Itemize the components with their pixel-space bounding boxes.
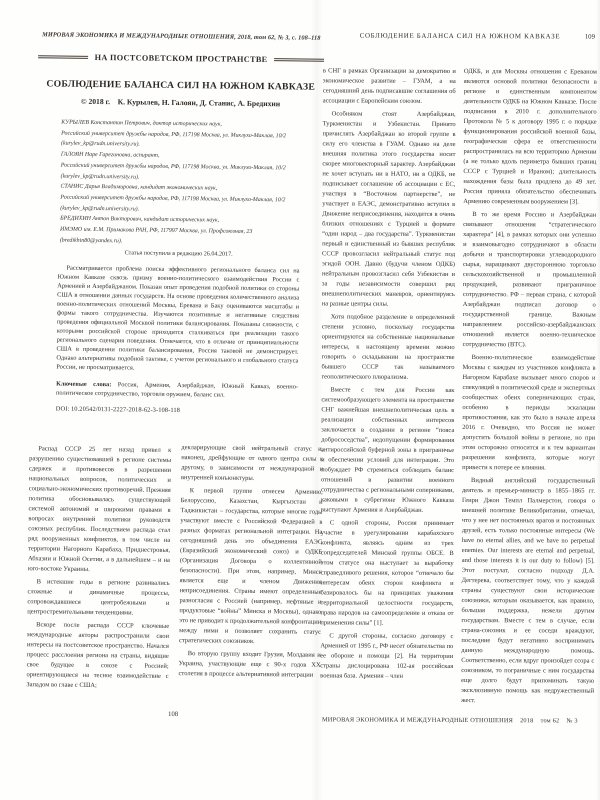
body-paragraph: ОДКБ, и для Москвы отношения с Ереваном … (463, 67, 597, 208)
right-page-column-1: в СНГ в рамках Организации за демократию… (320, 66, 456, 706)
body-paragraph: Вскоре после распада СССР ключевые между… (26, 621, 169, 693)
article-title: СОБЛЮДЕНИЕ БАЛАНСА СИЛ НА ЮЖНОМ КАВКАЗЕ (34, 78, 328, 93)
left-page-column-2: декларирующие свой нейтральный статус и,… (178, 444, 323, 695)
running-head: СОБЛЮДЕНИЕ БАЛАНСА СИЛ НА ЮЖНОМ КАВКАЗЕ … (323, 32, 597, 43)
authors-line: © 2018 г. К. Курылев, Н. Галоян, Д. Стан… (33, 96, 327, 109)
affiliations-block: КУРЫЛЕВ Константин Петрович, доктор исто… (60, 118, 302, 249)
received-line: Статья поступила в редакцию 26.04.2017. (32, 250, 326, 260)
running-head-title: СОБЛЮДЕНИЕ БАЛАНСА СИЛ НА ЮЖНОМ КАВКАЗЕ (323, 32, 597, 40)
body-paragraph: С другой стороны, согласно договору с Ар… (320, 631, 453, 682)
body-paragraph: В истекшие годы в регионе развивались сл… (27, 578, 169, 620)
journal-footer-line: МИРОВАЯ ЭКОНОМИКА И МЕЖДУНАРОДНЫЕ ОТНОШЕ… (322, 716, 596, 724)
body-paragraph: Распад СССР 25 лет назад привел к разруш… (28, 445, 172, 577)
section-heading-row: НА ПОСТСОВЕТСКОМ ПРОСТРАНСТВЕ (34, 52, 328, 65)
body-columns-right-page: в СНГ в рамках Организации за демократию… (320, 66, 597, 706)
section-rule-left (38, 55, 88, 59)
body-paragraph: Вместе с тем для России как системообраз… (321, 385, 455, 516)
keywords-label: Ключевые слова: (56, 381, 111, 389)
doi-line: DOI: 10.20542/0131-2227-2018-62-3-108-11… (56, 406, 324, 416)
left-page-column-1: Распад СССР 25 лет назад привел к разруш… (26, 442, 171, 693)
body-paragraph: Военно-политическое взаимодействие Москв… (462, 353, 596, 474)
body-paragraph: декларирующие свой нейтральный статус и,… (181, 444, 323, 486)
right-page-column-2: ОДКБ, и для Москвы отношения с Ереваном … (461, 67, 597, 707)
body-paragraph: С одной стороны, Россия принимает участи… (320, 518, 453, 629)
page-gutter (311, 0, 323, 800)
body-columns-left-page: Распад СССР 25 лет назад привел к разруш… (26, 442, 323, 695)
journal-spread: МИРОВАЯ ЭКОНОМИКА И МЕЖДУНАРОДНЫЕ ОТНОШЕ… (0, 0, 600, 800)
page-number-right: 109 (585, 34, 595, 41)
abstract-text: Рассматривается проблема поиска эффектив… (56, 264, 299, 375)
affiliation-line: ИМЭМО им. Е.М. Примакова РАН, РФ, 117997… (60, 225, 300, 249)
section-heading: НА ПОСТСОВЕТСКОМ ПРОСТРАНСТВЕ (95, 53, 268, 64)
body-paragraph: в СНГ в рамках Организации за демократию… (323, 66, 456, 107)
body-paragraph: Особняком стоят Азербайджан, Туркмениста… (322, 109, 456, 310)
body-paragraph: Во вторую группу входит Грузия, Молдавия… (178, 650, 320, 682)
right-page: СОБЛЮДЕНИЕ БАЛАНСА СИЛ НА ЮЖНОМ КАВКАЗЕ … (320, 0, 597, 800)
body-paragraph: Хотя подобное разделение в определенной … (321, 312, 454, 383)
left-page: МИРОВАЯ ЭКОНОМИКА И МЕЖДУНАРОДНЫЕ ОТНОШЕ… (25, 0, 329, 800)
keywords-line: Ключевые слова: Россия, Армения, Азербай… (56, 380, 298, 401)
page-edge-shadow (596, 0, 600, 800)
journal-header-line: МИРОВАЯ ЭКОНОМИКА И МЕЖДУНАРОДНЫЕ ОТНОШЕ… (34, 31, 328, 43)
body-paragraph: К первой группе отнесем Армению, Белорус… (179, 487, 323, 649)
body-paragraph: Видный английский государственный деятел… (461, 476, 595, 707)
page-number-left: 108 (26, 709, 320, 720)
body-paragraph: В то же время Россию и Азербайджан связы… (463, 210, 597, 351)
